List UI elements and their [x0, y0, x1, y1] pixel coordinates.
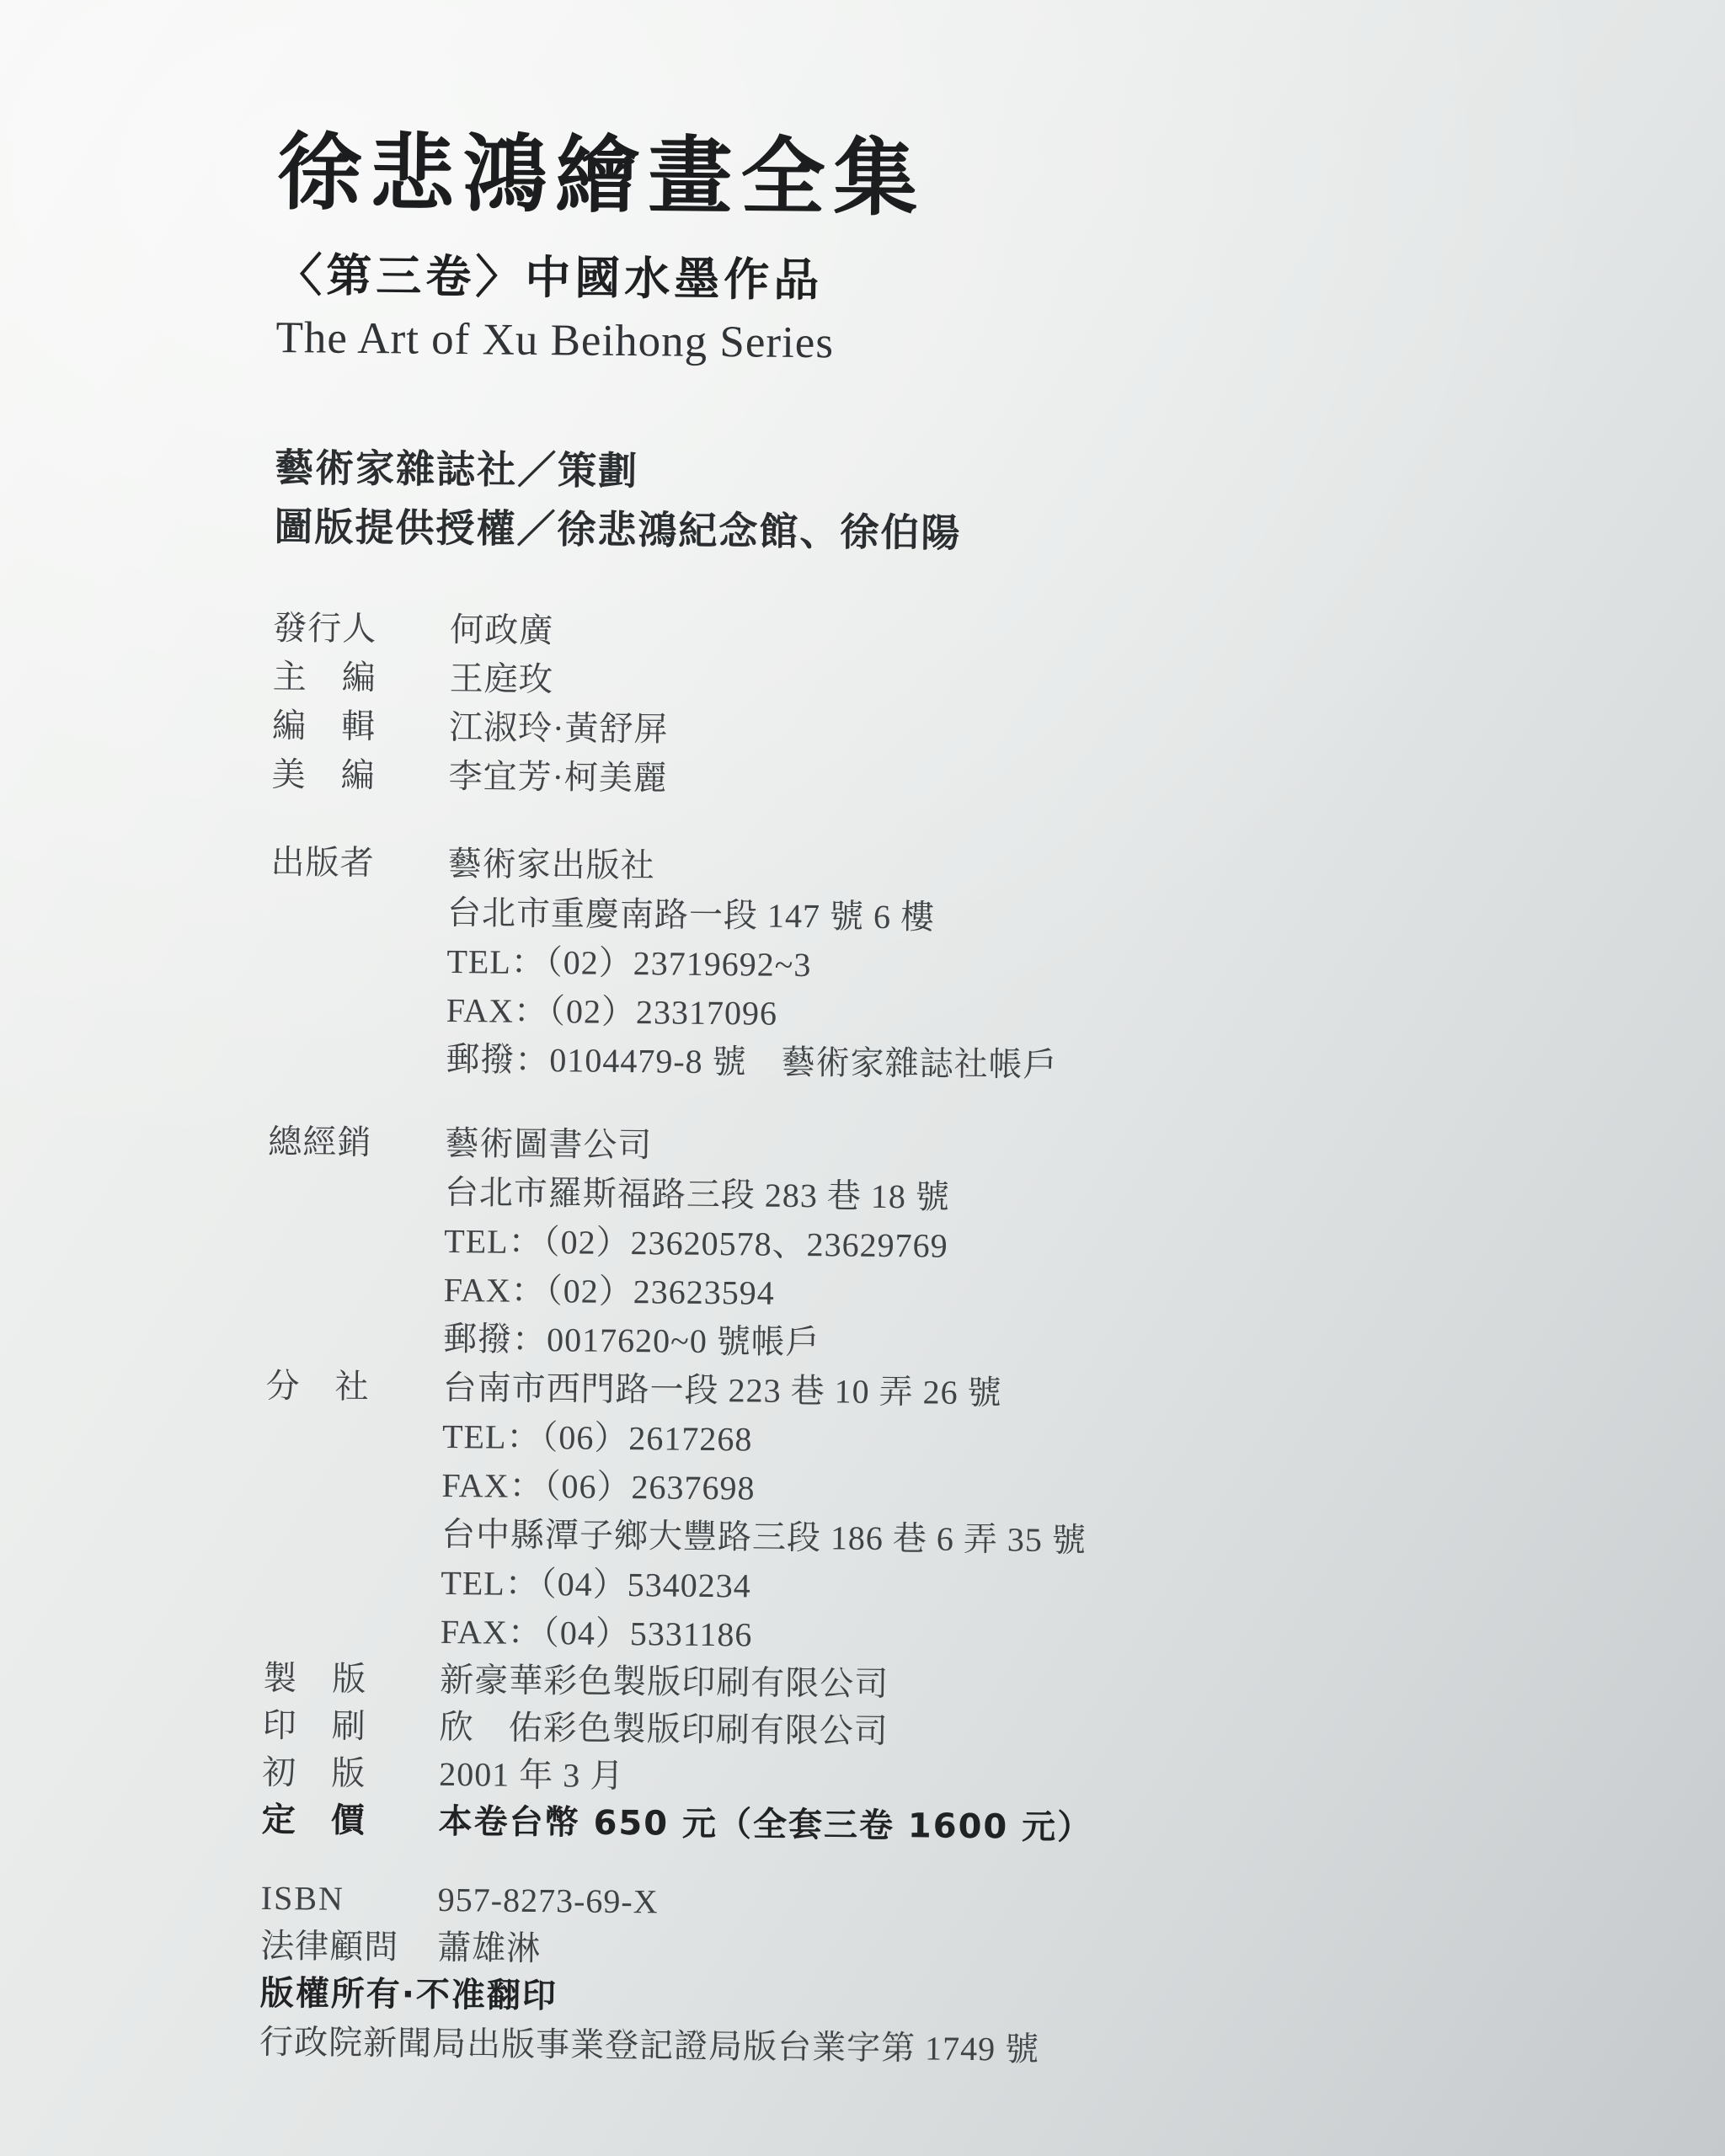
printing-label: 印 刷: [263, 1702, 405, 1751]
price-label: 定 價: [261, 1796, 403, 1845]
first-edition-label: 初 版: [262, 1749, 404, 1798]
staff-role-label: 發行人: [273, 604, 415, 654]
english-series-title: The Art of Xu Beihong Series: [275, 312, 1631, 376]
book-title: 徐悲鴻繪畫全集: [277, 126, 1632, 232]
plate-making-label: 製 版: [263, 1655, 405, 1704]
staff-name: 李宜芳·柯美麗: [448, 752, 668, 803]
staff-name: 江淑玲·黃舒屏: [449, 703, 669, 754]
distributor-label: 總經銷: [268, 1118, 410, 1168]
staff-block: 發行人 何政廣 主 編 王庭玫 編 輯 江淑玲·黃舒屏 美 編 李宜芳·柯美麗: [271, 604, 1627, 812]
legal-block: ISBN 957-8273-69-X 法律顧問 蕭雄淋 版權所有·不准翻印 行政…: [259, 1874, 1616, 2079]
colophon-page: 徐悲鴻繪畫全集 〈第三卷〉中國水墨作品 The Art of Xu Beihon…: [0, 0, 1725, 2156]
branch-address-tainan: 台南市西門路一段 223 巷 10 弄 26 號: [442, 1364, 1002, 1417]
legal-advisor-label: 法律顧問: [260, 1922, 403, 1972]
image-rights-credit: 圖版提供授權／徐悲鴻紀念館、徐伯陽: [274, 498, 1629, 569]
publisher-label: 出版者: [270, 838, 413, 889]
staff-role-label: 美 編: [271, 750, 414, 801]
branch-block: 分 社 台南市西門路一段 223 巷 10 弄 26 號 TEL：（06）261…: [264, 1362, 1621, 1668]
staff-name: 何政廣: [450, 606, 554, 655]
staff-role-label: 編 輯: [272, 702, 414, 752]
price-value: 本卷台幣 650 元（全套三卷 1600 元）: [438, 1798, 1092, 1851]
distributor-name: 藝術圖書公司: [445, 1119, 653, 1170]
staff-name: 王庭玫: [449, 654, 553, 704]
isbn-value: 957-8273-69-X: [438, 1876, 659, 1926]
plate-making-company: 新豪華彩色製版印刷有限公司: [440, 1657, 889, 1708]
credits-block: 藝術家雜誌社／策劃 圖版提供授權／徐悲鴻紀念館、徐伯陽: [274, 439, 1629, 569]
production-block: 製 版 新豪華彩色製版印刷有限公司 印 刷 欣 佑彩色製版印刷有限公司 初 版 …: [261, 1655, 1617, 1856]
first-edition-date: 2001 年 3 月: [439, 1751, 625, 1800]
colophon-content: 徐悲鴻繪畫全集 〈第三卷〉中國水墨作品 The Art of Xu Beihon…: [259, 126, 1632, 2079]
publisher-block: 出版者 藝術家出版社 台北市重慶南路一段 147 號 6 樓 TEL：（02）2…: [269, 838, 1626, 1095]
legal-advisor-name: 蕭雄淋: [437, 1924, 542, 1972]
printing-company: 欣 佑彩色製版印刷有限公司: [439, 1704, 889, 1755]
branch-label: 分 社: [265, 1362, 408, 1412]
distributor-block: 總經銷 藝術圖書公司 台北市羅斯福路三段 283 巷 18 號 TEL：（02）…: [266, 1118, 1623, 1374]
publisher-name: 藝術家出版社: [447, 840, 655, 890]
staff-role-label: 主 編: [272, 653, 414, 703]
isbn-label: ISBN: [261, 1874, 403, 1924]
volume-subtitle: 〈第三卷〉中國水墨作品: [276, 239, 1632, 317]
